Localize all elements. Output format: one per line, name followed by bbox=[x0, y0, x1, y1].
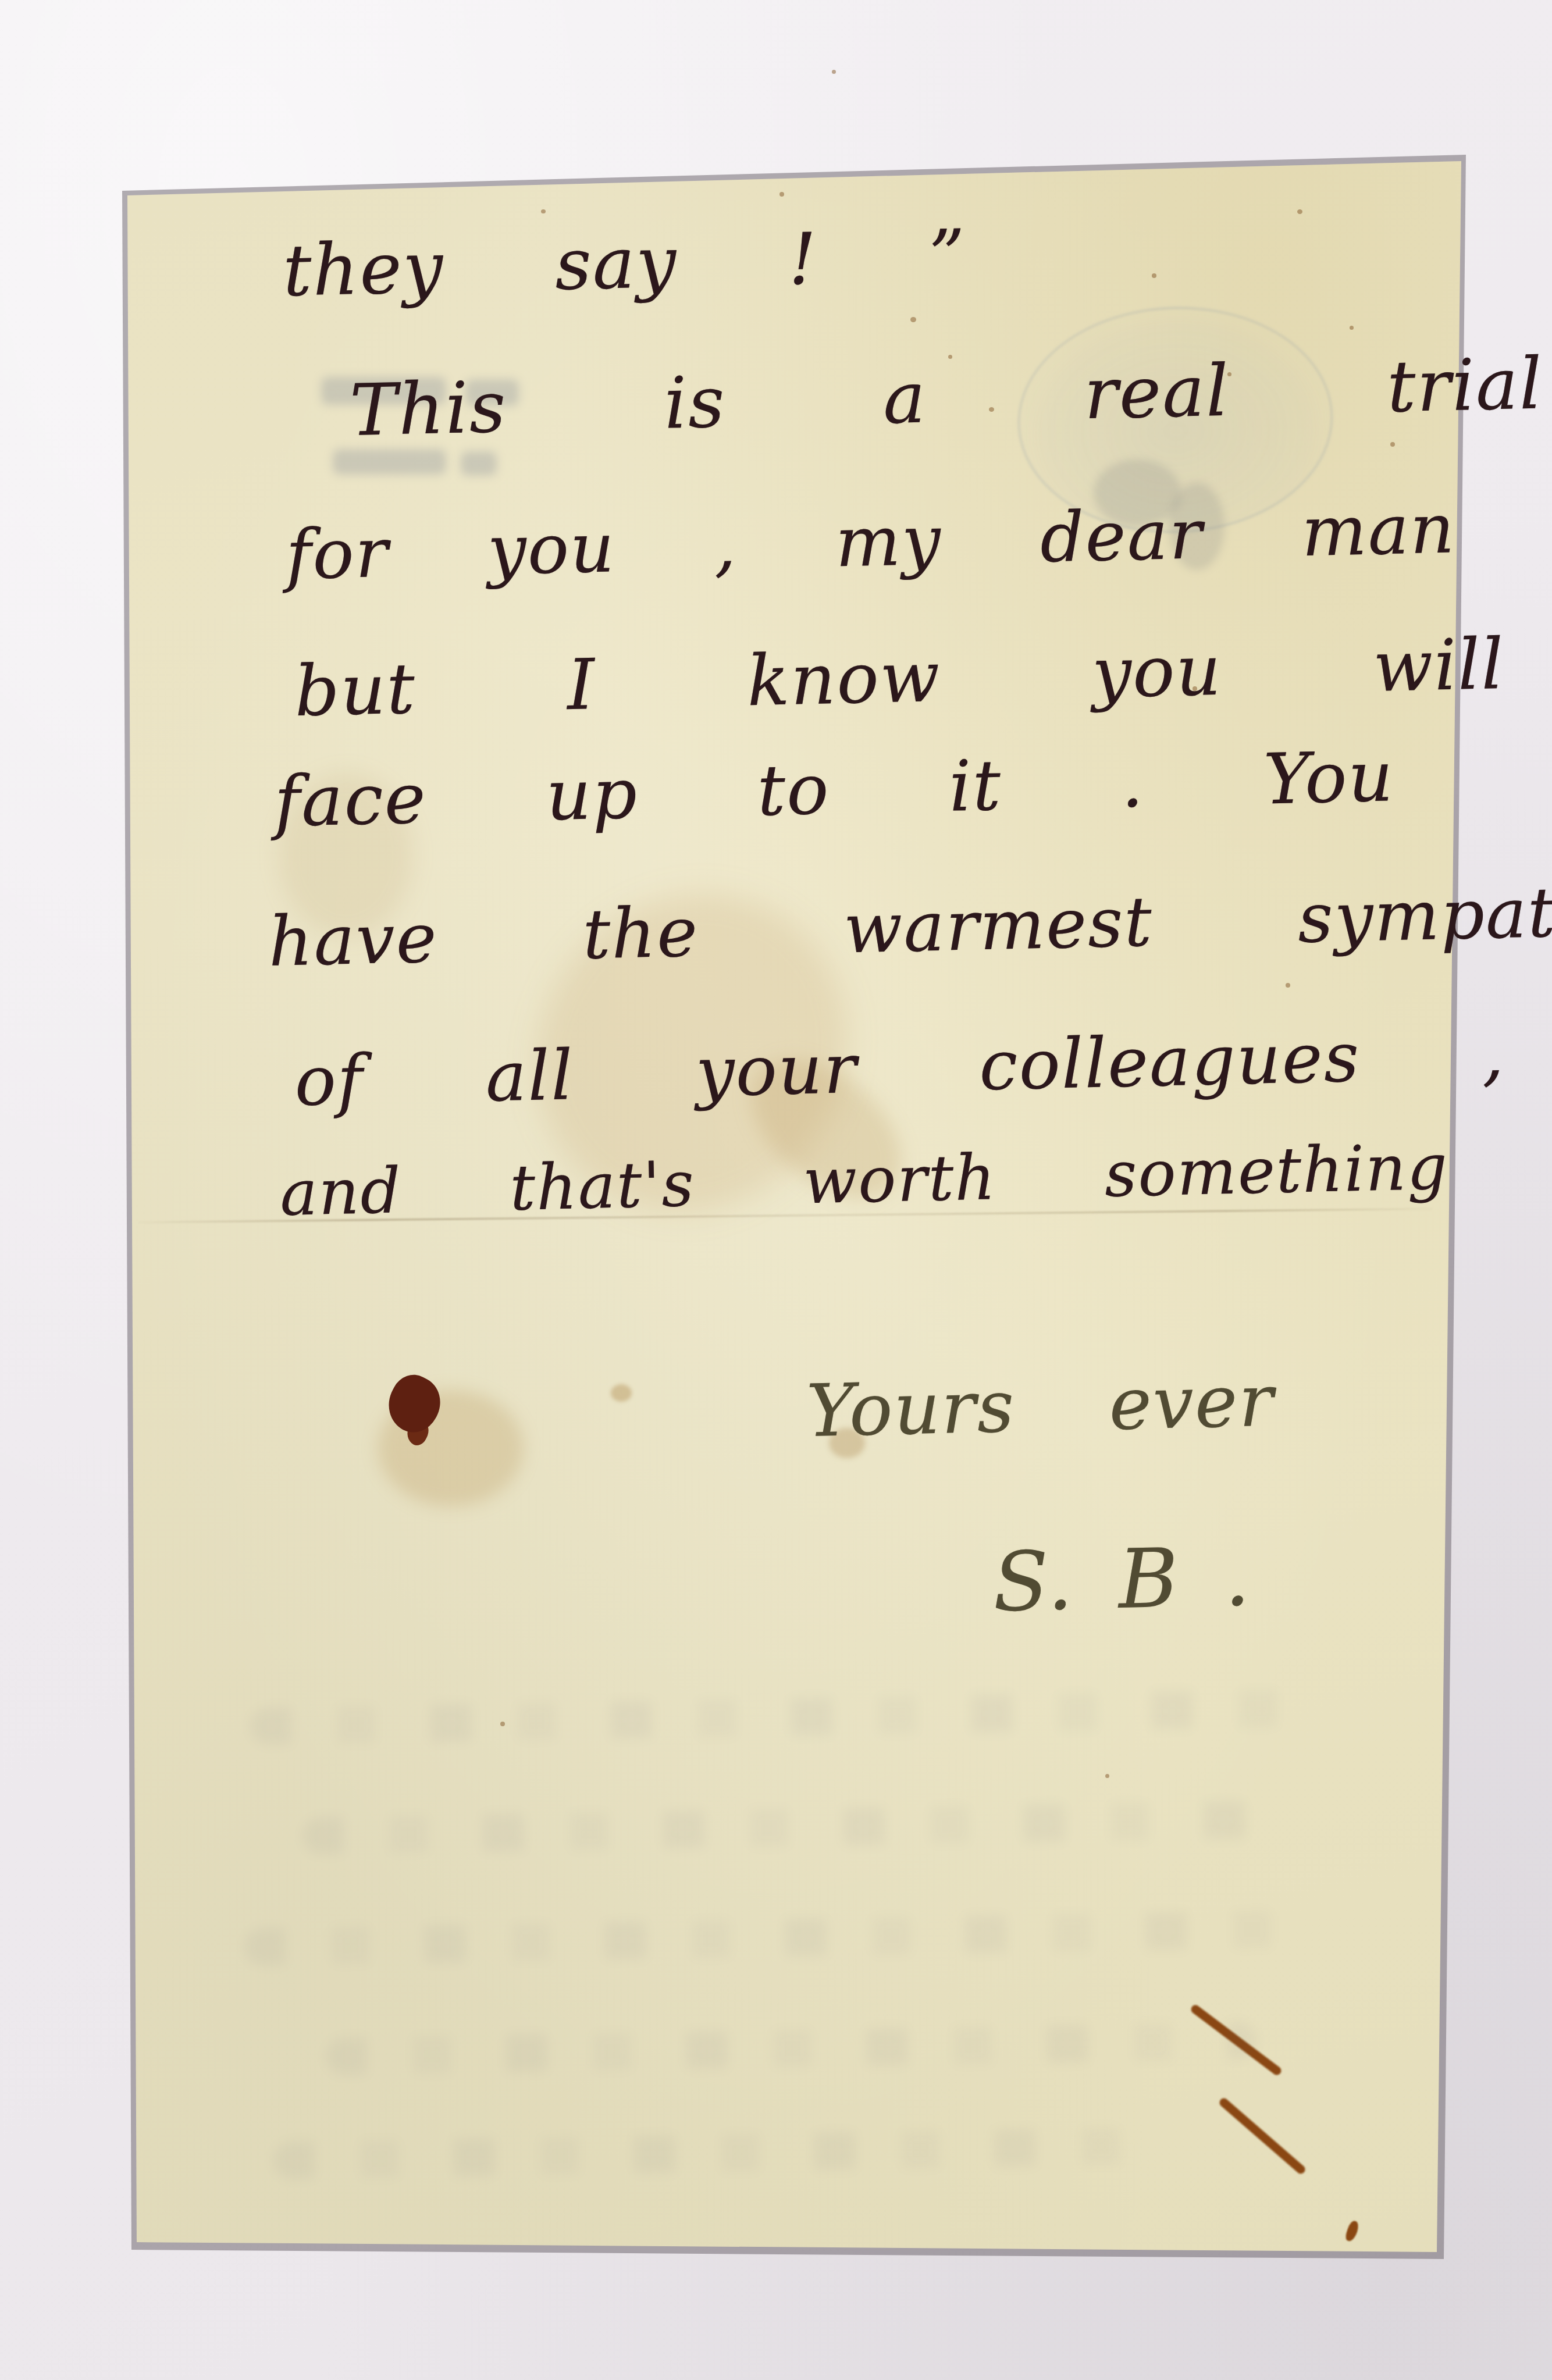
foxing-speck bbox=[541, 209, 546, 213]
foxing-speck bbox=[989, 407, 994, 412]
letterhead-bleed-through bbox=[333, 449, 446, 475]
foxing-speck bbox=[1390, 442, 1395, 447]
foxing-speck bbox=[1227, 372, 1231, 376]
letter-photograph: they say ! ” This is a real trial for yo… bbox=[0, 0, 1552, 2380]
foxing-speck bbox=[1152, 273, 1156, 278]
foxing-speck bbox=[832, 70, 836, 74]
signature-initials: S. B . bbox=[992, 1530, 1252, 1630]
foxing-speck bbox=[910, 317, 916, 322]
foxing-speck bbox=[948, 355, 952, 359]
closing-yours-ever: Yours ever bbox=[806, 1359, 1275, 1453]
foxing-speck bbox=[1297, 209, 1302, 214]
handwritten-line-1: they say ! ” bbox=[282, 214, 967, 312]
foxing-speck bbox=[1286, 983, 1290, 988]
foxing-speck bbox=[779, 192, 784, 197]
foxing-speck bbox=[1350, 326, 1354, 330]
letterhead-bleed-through bbox=[461, 451, 497, 476]
foxing-speck bbox=[1105, 1774, 1109, 1778]
foxing-speck bbox=[611, 1384, 632, 1402]
foxing-speck bbox=[1193, 686, 1197, 691]
